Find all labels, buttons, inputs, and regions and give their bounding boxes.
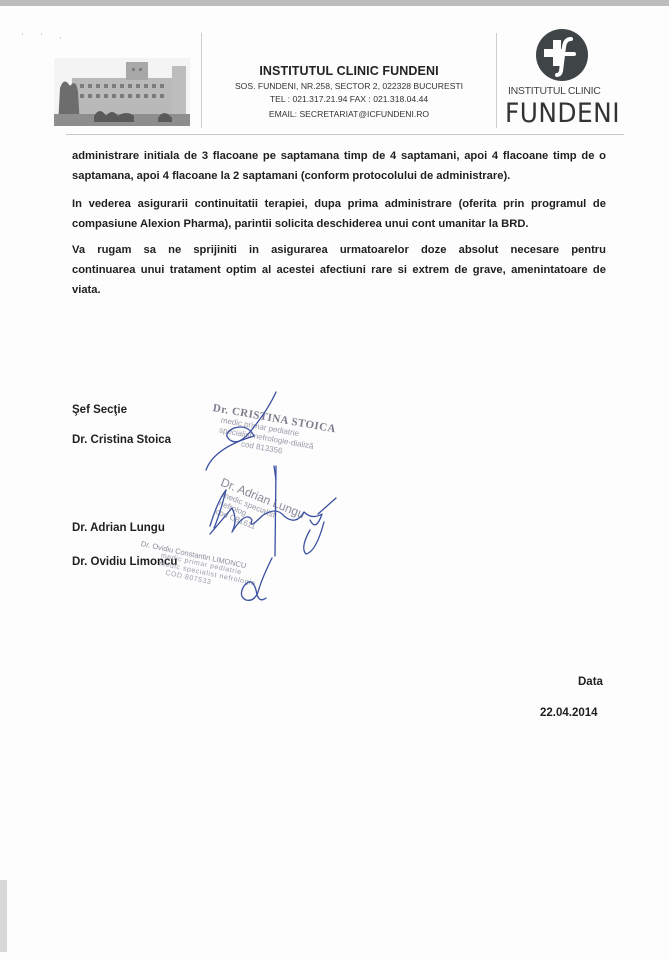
institution-info: INSTITUTUL CLINIC FUNDENI SOS. FUNDENI, … bbox=[203, 64, 495, 119]
paragraph-dosage: administrare initiala de 3 flacoane pe s… bbox=[72, 146, 606, 186]
cross-f-logo-icon bbox=[534, 27, 590, 83]
top-scan-border bbox=[0, 0, 669, 6]
logo-text-line2: FUNDENI bbox=[505, 98, 620, 129]
date-value: 22.04.2014 bbox=[540, 707, 598, 719]
hospital-building-photo bbox=[54, 58, 190, 126]
left-scan-edge bbox=[0, 880, 7, 952]
doctor-stamp: Dr. Adrian Lungu medic specialist nefrol… bbox=[209, 475, 307, 547]
doctor-stamp: Dr. Ovidiu Constantin LIMONCU medic prim… bbox=[135, 539, 260, 596]
paragraph-request-rest: continuarea unui tratament optim al aces… bbox=[72, 264, 606, 296]
signatory-name: Dr. Adrian Lungu bbox=[72, 522, 165, 534]
signatory-name: Dr. Cristina Stoica bbox=[72, 434, 171, 446]
date-label: Data bbox=[578, 676, 603, 688]
logo-text-line1: INSTITUTUL CLINIC bbox=[508, 85, 601, 97]
doctor-stamp: Dr. CRISTINA STOICA medic primar pediatr… bbox=[207, 402, 337, 465]
institution-title: INSTITUTUL CLINIC FUNDENI bbox=[203, 64, 495, 78]
institution-email: EMAIL: SECRETARIAT@ICFUNDENI.RO bbox=[203, 109, 495, 119]
institution-address: SOS. FUNDENI, NR.258, SECTOR 2, 022328 B… bbox=[203, 81, 495, 91]
paragraph-request-line1: Va rugam sa ne sprijiniti in asigurarea … bbox=[72, 240, 606, 260]
header-divider bbox=[201, 33, 202, 128]
section-head-label: Şef Secţie bbox=[72, 404, 127, 416]
institution-phone-fax: TEL : 021.317.21.94 FAX : 021.318.04.44 bbox=[203, 94, 495, 104]
paragraph-request: Va rugam sa ne sprijiniti in asigurarea … bbox=[72, 240, 606, 300]
paragraph-continuity: In vederea asigurarii continuitatii tera… bbox=[72, 194, 606, 234]
scan-specks: ' ' , bbox=[22, 34, 69, 40]
header-rule bbox=[66, 134, 624, 135]
handwritten-signatures bbox=[0, 0, 669, 960]
header-divider bbox=[496, 33, 497, 128]
